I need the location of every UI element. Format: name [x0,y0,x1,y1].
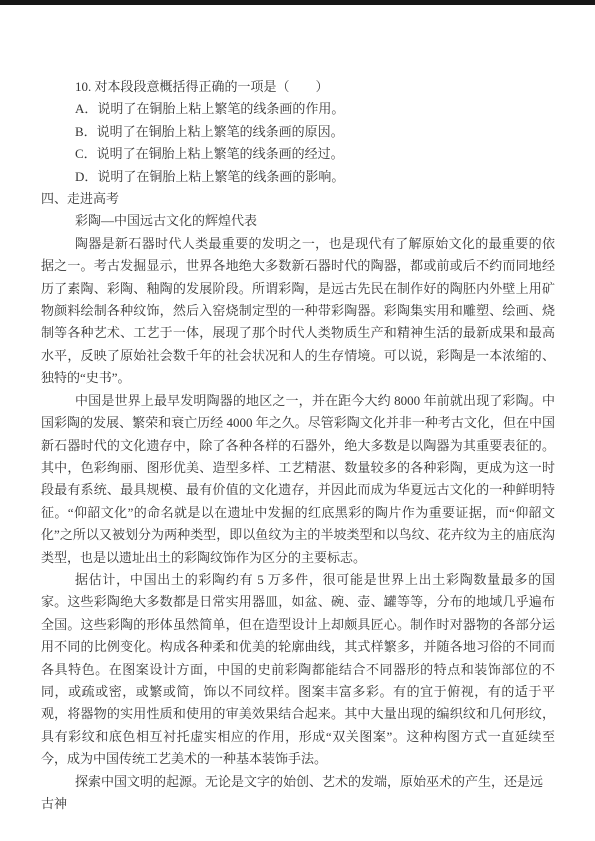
section-heading: 四、走进高考 [41,188,555,210]
document-page: 10. 对本段段意概括得正确的一项是（ ） A．说明了在铜胎上粘上繁笔的线条画的… [0,0,595,841]
question-option-d: D．说明了在铜胎上粘上繁笔的线条画的影响。 [75,166,555,188]
article-paragraph-4: 探索中国文明的起源。无论是文字的始创、艺术的发端，原始巫术的产生，还是远古神 [41,771,555,816]
article-title: 彩陶—中国远古文化的辉煌代表 [75,210,555,232]
question-option-b: B．说明了在铜胎上粘上繁笔的线条画的原因。 [75,121,555,143]
article-paragraph-3: 据估计，中国出土的彩陶约有 5 万多件，很可能是世界上出土彩陶数量最多的国家。这… [41,569,555,771]
question-option-c: C．说明了在铜胎上粘上繁笔的线条画的经过。 [75,143,555,165]
article-paragraph-2: 中国是世界上最早发明陶器的地区之一，并在距今大约 8000 年前就出现了彩陶。中… [41,390,555,569]
article-paragraph-1: 陶器是新石器时代人类最重要的发明之一，也是现代有了解原始文化的最重要的依据之一。… [41,233,555,390]
question-stem: 10. 对本段段意概括得正确的一项是（ ） [75,76,555,98]
question-option-a: A．说明了在铜胎上粘上繁笔的线条画的作用。 [75,98,555,120]
